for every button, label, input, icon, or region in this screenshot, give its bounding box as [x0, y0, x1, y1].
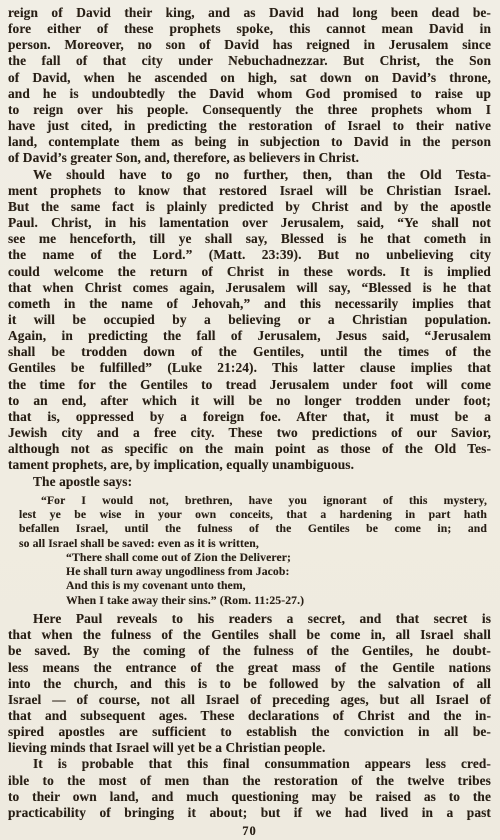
paragraph-the-apostle-says: The apostle says:	[8, 474, 491, 490]
text-line: to their own land, and much questioning …	[8, 789, 491, 805]
text-line: ible to the most of men than the restora…	[8, 773, 491, 789]
text-line: less means the entrance of the great mas…	[8, 660, 491, 676]
text-line: practicability of bringing it about; but…	[8, 805, 491, 821]
text-line: of David’s greater Son, and, therefore, …	[8, 150, 491, 166]
text-line: the name of the Lord.” (Matt. 23:39). Bu…	[8, 247, 491, 263]
text-line: that when the fulness of the Gentiles sh…	[8, 627, 491, 643]
text-line: Paul. Christ, in his lamentation over Je…	[8, 215, 491, 231]
text-line: the fall of that city under Nebuchadnezz…	[8, 53, 491, 69]
text-line: We should have to go no further, then, t…	[8, 167, 491, 183]
text-line: could welcome the return of Christ in th…	[8, 264, 491, 280]
text-line: ment prophets to know that restored Isra…	[8, 183, 491, 199]
text-line: Here Paul reveals to his readers a secre…	[8, 611, 491, 627]
text-line: that when Christ comes again, Jerusalem …	[8, 280, 491, 296]
text-line: to reign over his people. Consequently t…	[8, 102, 491, 118]
text-line: that is, oppressed by a foreign foe. Aft…	[8, 409, 491, 425]
text-line: person. Moreover, no son of David has re…	[8, 37, 491, 53]
text-line: “There shall come out of Zion the Delive…	[66, 551, 491, 565]
blockquote-romans-verse: “There shall come out of Zion the Delive…	[66, 551, 491, 608]
text-line: cometh in the name of Jehovah,” and this…	[8, 296, 491, 312]
text-line: and he is undoubtedly the David whom God…	[8, 86, 491, 102]
text-line: fore either of these prophets spoke, thi…	[8, 21, 491, 37]
text-line: But the same fact is plainly predicted b…	[8, 199, 491, 215]
text-line: the time for the Gentiles to tread Jerus…	[8, 377, 491, 393]
paragraph-here-paul-reveals: Here Paul reveals to his readers a secre…	[8, 611, 491, 756]
text-line: that and subsequent ages. These declarat…	[8, 708, 491, 724]
page-number: 70	[8, 824, 491, 839]
text-line: so all Israel shall be saved: even as it…	[19, 537, 487, 551]
text-line: And this is my covenant unto them,	[66, 579, 491, 593]
paragraph-final-consummation: It is probable that this final consummat…	[8, 756, 491, 821]
text-line: The apostle says:	[8, 474, 491, 490]
text-line: see me henceforth, till ye shall say, Bl…	[8, 231, 491, 247]
blockquote-romans-prose: “For I would not, brethren, have you ign…	[19, 494, 487, 551]
text-line: When I take away their sins.” (Rom. 11:2…	[66, 594, 491, 608]
paragraph-reign-of-david: reign of David their king, and as David …	[8, 5, 491, 167]
text-line: befallen Israel, until the fulness of th…	[19, 522, 487, 536]
text-line: land, contemplate them as being in subje…	[8, 134, 491, 150]
text-line: of David, when he ascended on high, sat …	[8, 70, 491, 86]
text-line: spired apostles are sufficient to establ…	[8, 724, 491, 740]
text-line: Jewish city and a free city. These two p…	[8, 425, 491, 441]
text-line: Israel — of course, not all Israel of pr…	[8, 692, 491, 708]
text-line: Again, in predicting the fall of Jerusal…	[8, 328, 491, 344]
text-line: lest ye be wise in your own conceits, th…	[19, 508, 487, 522]
text-line: shall be trodden down of the Gentiles, u…	[8, 344, 491, 360]
text-line: although not as specific on the main poi…	[8, 441, 491, 457]
text-line: tament prophets, are, by implication, eq…	[8, 457, 491, 473]
text-line: reign of David their king, and as David …	[8, 5, 491, 21]
text-blocks: reign of David their king, and as David …	[8, 5, 491, 821]
paragraph-old-testament-prophets: We should have to go no further, then, t…	[8, 167, 491, 474]
text-line: It is probable that this final consummat…	[8, 756, 491, 772]
text-line: have just cited, in predicting the resto…	[8, 118, 491, 134]
text-line: “For I would not, brethren, have you ign…	[19, 494, 487, 508]
text-line: Gentiles be fulfilled” (Luke 21:24). Thi…	[8, 360, 491, 376]
text-line: lieving minds that Israel will yet be a …	[8, 740, 491, 756]
text-line: be saved. By the coming of the fulness o…	[8, 643, 491, 659]
text-line: to an end, after which it will be no lon…	[8, 393, 491, 409]
text-line: He shall turn away ungodliness from Jaco…	[66, 565, 491, 579]
text-line: into the church, and this is to be follo…	[8, 676, 491, 692]
book-page: reign of David their king, and as David …	[0, 0, 500, 840]
text-line: it will be occupied by a believing or a …	[8, 312, 491, 328]
